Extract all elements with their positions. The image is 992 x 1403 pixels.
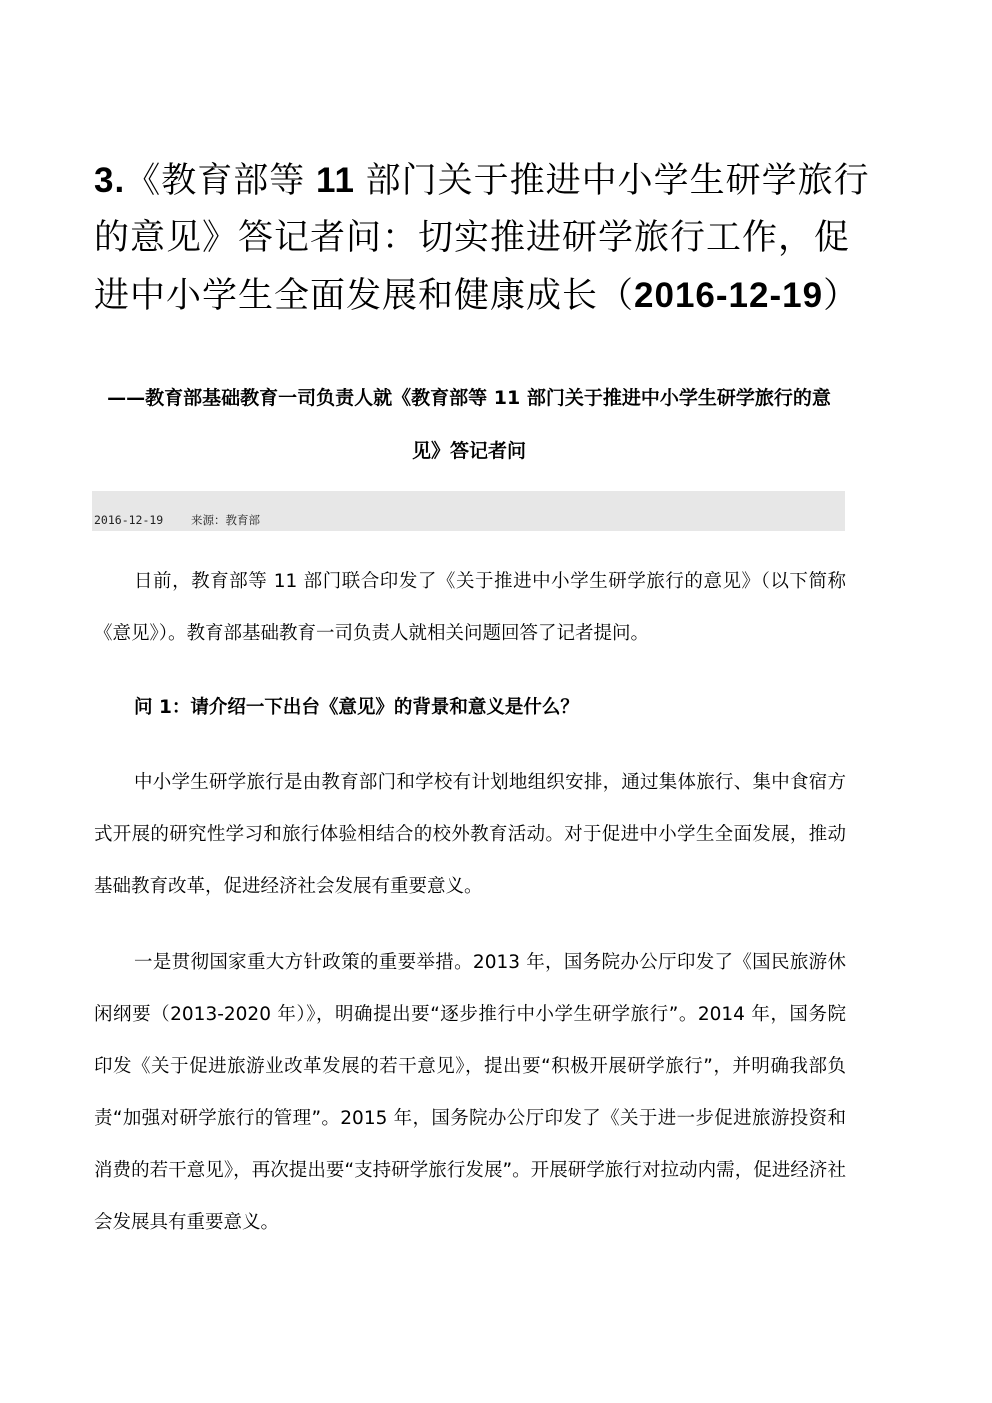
title-number: 11 — [305, 161, 365, 200]
publish-date: 2016-12-19 — [94, 513, 163, 527]
meta-info: 2016-12-19 来源：教育部 — [94, 512, 260, 528]
source-value: 教育部 — [225, 513, 260, 527]
paragraph-intro: 日前，教育部等 11 部门联合印发了《关于推进中小学生研学旅行的意见》（以下简称… — [94, 556, 846, 660]
meta-bar: 2016-12-19 来源：教育部 — [92, 491, 845, 531]
question-heading: 问 1：请介绍一下出台《意见》的背景和意义是什么？ — [94, 682, 846, 734]
document-subtitle: ——教育部基础教育一司负责人就《教育部等 11 部门关于推进中小学生研学旅行的意… — [94, 372, 844, 478]
paragraph-background: 中小学生研学旅行是由教育部门和学校有计划地组织安排，通过集体旅行、集中食宿方式开… — [94, 757, 846, 913]
source-label: 来源： — [191, 513, 226, 527]
paragraph-policy: 一是贯彻国家重大方针政策的重要举措。2013 年，国务院办公厅印发了《国民旅游休… — [94, 937, 846, 1249]
title-index: 3. — [94, 161, 125, 200]
document-page: 3.《教育部等 11 部门关于推进中小学生研学旅行的意见》答记者问：切实推进研学… — [0, 0, 992, 1403]
title-suffix: ） — [823, 276, 859, 316]
title-date: 2016-12-19 — [634, 276, 823, 315]
document-title: 3.《教育部等 11 部门关于推进中小学生研学旅行的意见》答记者问：切实推进研学… — [94, 152, 884, 325]
title-text-part1: 《教育部等 — [125, 161, 305, 201]
